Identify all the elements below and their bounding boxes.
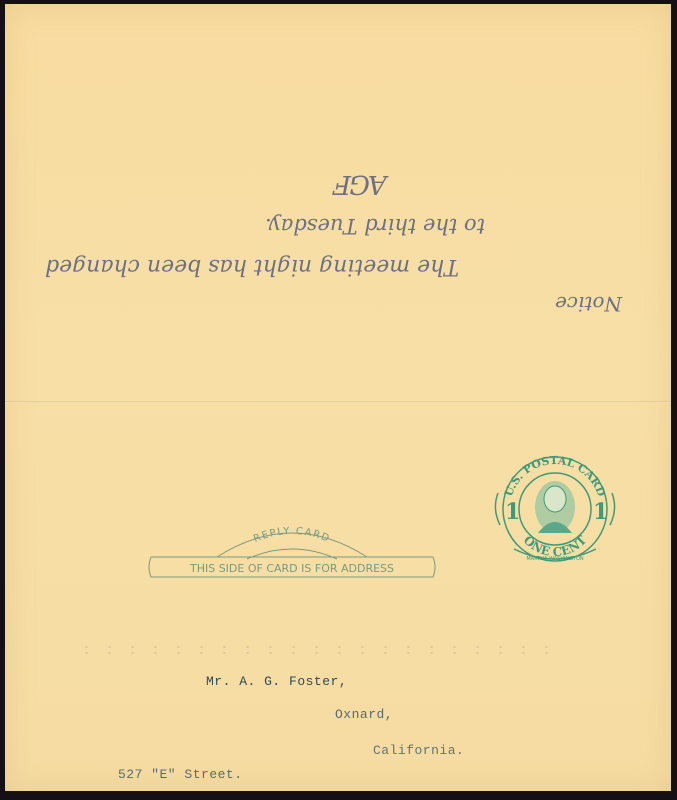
handwritten-heading: Notice: [555, 292, 622, 316]
faint-offset-marks: [75, 644, 555, 654]
address-name: Mr. A. G. Foster,: [206, 674, 347, 689]
address-city: Oxnard,: [335, 707, 393, 722]
fold-line: [5, 401, 671, 403]
handwritten-line-1: The meeting night has been changed: [45, 254, 459, 279]
reply-card-title: REPLY CARD: [252, 526, 332, 545]
address-state: California.: [373, 743, 464, 758]
handwritten-signature: AGF: [335, 169, 387, 199]
stamp-right-value: 1: [593, 499, 608, 525]
address-street: 527 "E" Street.: [118, 767, 243, 782]
stamp-portrait-label: MARTHA WASHINGTON: [526, 556, 584, 562]
stamp-left-value: 1: [505, 499, 520, 525]
handwritten-line-2: to the third Tuesday.: [265, 214, 485, 238]
postage-stamp-indicium: U.S. POSTAL CARD ONE CENT 1 1 MARTHA WAS…: [492, 449, 618, 567]
postal-card: AGF to the third Tuesday. The meeting ni…: [5, 4, 671, 791]
svg-text:REPLY CARD: REPLY CARD: [252, 526, 332, 545]
reply-card-banner: THIS SIDE OF CARD IS FOR ADDRESS: [189, 562, 394, 575]
reply-card-panel: REPLY CARD THIS SIDE OF CARD IS FOR ADDR…: [147, 519, 437, 581]
